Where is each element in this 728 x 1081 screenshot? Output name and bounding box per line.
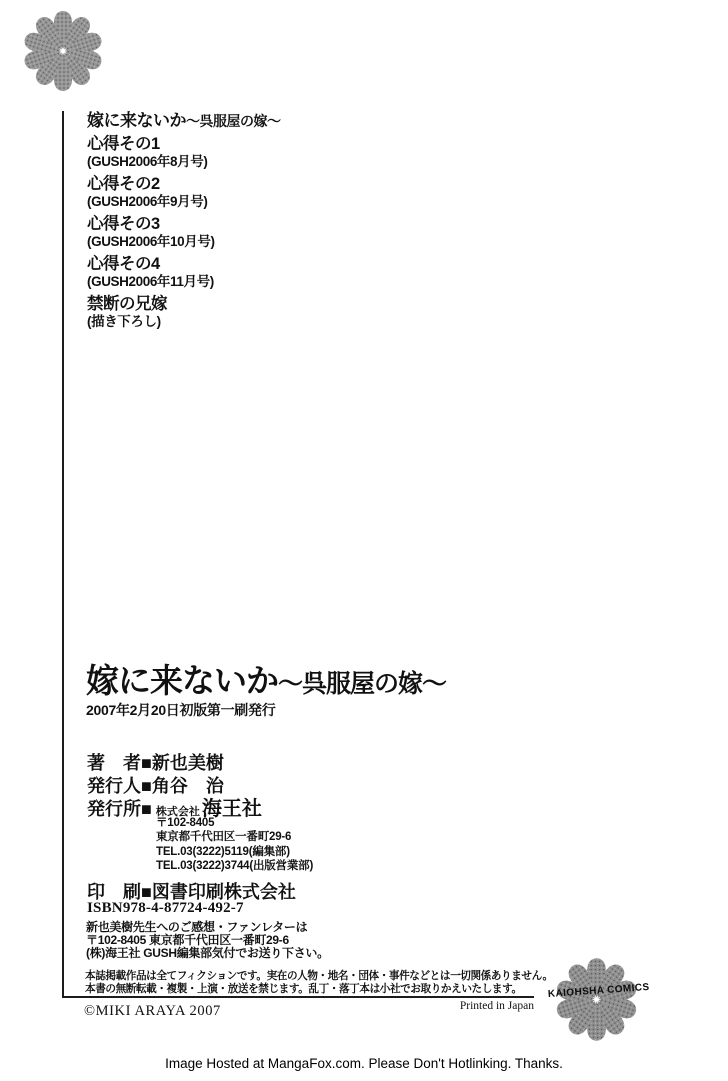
credits-block: 著 者■新也美樹 発行人■角谷 治 発行所■株式会社海王社 (87, 752, 262, 824)
isbn: ISBN978-4-87724-492-7 (87, 900, 244, 917)
credit-separator: ■ (141, 799, 152, 819)
flower-ornament-icon (545, 948, 648, 1051)
credit-value: 図書印刷株式会社 (152, 882, 296, 902)
credit-row-publisher-person: 発行人■角谷 治 (87, 775, 262, 798)
toc-entry: 心得その4 (GUSH2006年11月号) (87, 255, 281, 289)
credit-value: 角谷 治 (152, 776, 224, 796)
book-title-main: 嫁に来ないか (86, 662, 278, 699)
chapter-title: 心得その3 (87, 215, 281, 234)
left-rule (62, 111, 64, 998)
toc-series-title: 嫁に来ないか～呉服屋の嫁～ (87, 112, 281, 129)
book-title: 嫁に来ないか～呉服屋の嫁～ (86, 664, 446, 697)
chapter-title: 禁断の兄嫁 (87, 295, 281, 314)
street-address: 東京都千代田区一番町29-6 (156, 830, 313, 844)
publisher-address: 〒102-8405 東京都千代田区一番町29-6 TEL.03(3222)511… (156, 816, 313, 874)
fanletter-line: (株)海王社 GUSH編集部気付でお送り下さい。 (86, 947, 329, 960)
toc-series-title-sub: ～呉服屋の嫁～ (186, 113, 281, 129)
chapter-title: 心得その4 (87, 255, 281, 274)
credit-label: 印 刷 (87, 882, 141, 902)
credit-value: 新也美樹 (152, 753, 224, 773)
fanletter-note: 新也美樹先生へのご感想・ファンレターは 〒102-8405 東京都千代田区一番町… (86, 921, 329, 959)
tel-editorial: TEL.03(3222)5119(編集部) (156, 845, 313, 859)
printed-in-japan: Printed in Japan (456, 1000, 534, 1012)
chapter-source: (GUSH2006年8月号) (87, 154, 281, 169)
credit-label: 発行人 (87, 776, 141, 796)
toc-entry: 心得その2 (GUSH2006年9月号) (87, 175, 281, 209)
disclaimer-line: 本書の無断転載・複製・上演・放送を禁じます。乱丁・落丁本は小社でお取りかえいたし… (85, 983, 553, 996)
chapter-source: (描き下ろし) (87, 314, 281, 329)
credit-label: 発行所 (87, 799, 141, 819)
toc-entry: 心得その1 (GUSH2006年8月号) (87, 135, 281, 169)
manga-colophon-page: 嫁に来ないか～呉服屋の嫁～ 心得その1 (GUSH2006年8月号) 心得その2… (0, 0, 728, 1081)
credit-separator: ■ (141, 882, 152, 902)
edition-line: 2007年2月20日初版第一刷発行 (86, 703, 446, 717)
flower-ornament-icon (13, 1, 113, 101)
colophon-title-block: 嫁に来ないか～呉服屋の嫁～ 2007年2月20日初版第一刷発行 (86, 664, 446, 717)
postal-code: 〒102-8405 (156, 816, 313, 830)
disclaimer-line: 本誌掲載作品は全てフィクションです。実在の人物・地名・団体・事件などとは一切関係… (85, 970, 553, 983)
fanletter-line: 〒102-8405 東京都千代田区一番町29-6 (86, 934, 329, 947)
credit-row-author: 著 者■新也美樹 (87, 752, 262, 775)
credit-label: 著 者 (87, 753, 141, 773)
toc-entry: 心得その3 (GUSH2006年10月号) (87, 215, 281, 249)
disclaimer: 本誌掲載作品は全てフィクションです。実在の人物・地名・団体・事件などとは一切関係… (85, 970, 553, 996)
copyright: ©MIKI ARAYA 2007 (84, 1003, 221, 1020)
chapter-source: (GUSH2006年10月号) (87, 234, 281, 249)
toc-series-title-main: 嫁に来ないか (87, 111, 186, 130)
bottom-rule (62, 996, 534, 998)
chapter-source: (GUSH2006年9月号) (87, 194, 281, 209)
credit-separator: ■ (141, 776, 152, 796)
chapter-title: 心得その2 (87, 175, 281, 194)
chapter-source: (GUSH2006年11月号) (87, 274, 281, 289)
toc-entry: 禁断の兄嫁 (描き下ろし) (87, 295, 281, 329)
fanletter-line: 新也美樹先生へのご感想・ファンレターは (86, 921, 329, 934)
table-of-contents: 嫁に来ないか～呉服屋の嫁～ 心得その1 (GUSH2006年8月号) 心得その2… (87, 112, 281, 329)
book-title-sub: ～呉服屋の嫁～ (278, 670, 446, 698)
chapter-title: 心得その1 (87, 135, 281, 154)
hosting-caption: Image Hosted at MangaFox.com. Please Don… (0, 1056, 728, 1071)
tel-sales: TEL.03(3222)3744(出版営業部) (156, 859, 313, 873)
credit-separator: ■ (141, 753, 152, 773)
